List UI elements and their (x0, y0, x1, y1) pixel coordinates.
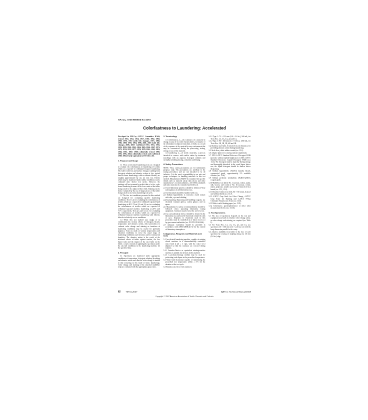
section-heading: 6. Test Specimens (209, 212, 251, 214)
list-item: 4.6 An eyewash/safety shower should be l… (163, 213, 205, 224)
paragraph: 1.1 These accelerated laundering tests a… (118, 164, 160, 195)
manual-reference: AATCC Technical Manual/2008 (221, 291, 251, 293)
method-reference: TM 61-2007 (126, 291, 138, 293)
list-item: 4.7 Adequate ventilation should be provi… (163, 224, 205, 231)
list-item: 5.1 Accelerated laundering machine, capa… (163, 239, 205, 250)
document-content: AATCC Test Method 61-2007 Colorfastness … (118, 119, 251, 305)
copyright-line: Copyright © 2007 American Association of… (118, 296, 251, 300)
page-number: 62 (118, 291, 121, 293)
list-item: 4.4 In preparing, dispensing and handlin… (163, 199, 205, 206)
paragraph: 3.1 colorfastness, n.—the resistance of … (163, 139, 205, 152)
running-header: AATCC Test Method 61-2007 (118, 119, 251, 121)
paragraph: 1.2 The five test conditions presented i… (118, 195, 160, 219)
list-item: 6.3 Attach a multifiber test fabric to t… (209, 231, 251, 238)
list-item: 5.14 Colorimeter, spectrophotometer or o… (209, 205, 251, 209)
list-item: 5.10 Multifiber test fabric No. 1 (aceta… (209, 182, 251, 191)
list-item: 6.1 The size of specimens depends on the… (209, 215, 251, 224)
page-title: Colorfastness to Laundering: Accelerated (118, 126, 251, 131)
paragraph: 1.3 While this test method uses singly o… (118, 219, 160, 250)
paragraph: 2.1 Specimens are laundered under approp… (118, 255, 160, 268)
text-column-2: 3. Terminology3.1 colorfastness, n.—the … (163, 136, 205, 289)
list-item: 5.2 Water bath thermostat capable of mai… (163, 259, 205, 266)
page-footer: 62TM 61-2007 AATCC Technical Manual/2008 (118, 291, 251, 293)
text-columns: Developed in 1950 by AATCC Committee RA6… (118, 136, 251, 289)
section-heading: 5. Apparatus, Reagents and Materials (se… (163, 233, 205, 237)
footer-left: 62TM 61-2007 (118, 291, 137, 293)
document-page: AATCC Test Method 61-2007 Colorfastness … (113, 115, 255, 307)
list-item: 4.5 Manufacturer's safety recommendation… (163, 206, 205, 213)
list-item: 5.3 Stainless steel lever lock canisters… (163, 266, 205, 268)
section-heading: 3. Terminology (163, 136, 205, 138)
text-column-1: Developed in 1950 by AATCC Committee RA6… (118, 136, 160, 289)
revision-history-paragraph: Developed in 1950 by AATCC Committee RA6… (118, 136, 160, 158)
text-column-3: 5.3.1 Type 1: 75 × 125 mm (3.0 × 5.0 in.… (209, 136, 251, 289)
list-item: 5.8 Sodium hypochlorite (NaOCl) laundry … (209, 170, 251, 177)
list-item: 5.12 AATCC Gray Scale for Color Change, … (209, 196, 251, 203)
section-heading: 1. Purpose and Scope (118, 160, 160, 162)
list-item: 6.2 For Tests Nos. 1A, 2A, 3A, 4A and 5A… (209, 224, 251, 231)
paragraph: 3.2 laundering, n.—of textile materials,… (163, 152, 205, 161)
list-item: 5.7 1993 AATCC Standard Reference Deterg… (209, 155, 251, 170)
note-paragraph: NOTE: These safety precautions are for i… (163, 167, 205, 187)
list-item: 5.1.2 A preheater/storage module may be … (163, 254, 205, 258)
page-background: AATCC Test Method 61-2007 Colorfastness … (0, 0, 368, 420)
section-heading: 4. Safety Precautions (163, 164, 205, 166)
section-heading: 2. Principle (118, 252, 160, 254)
